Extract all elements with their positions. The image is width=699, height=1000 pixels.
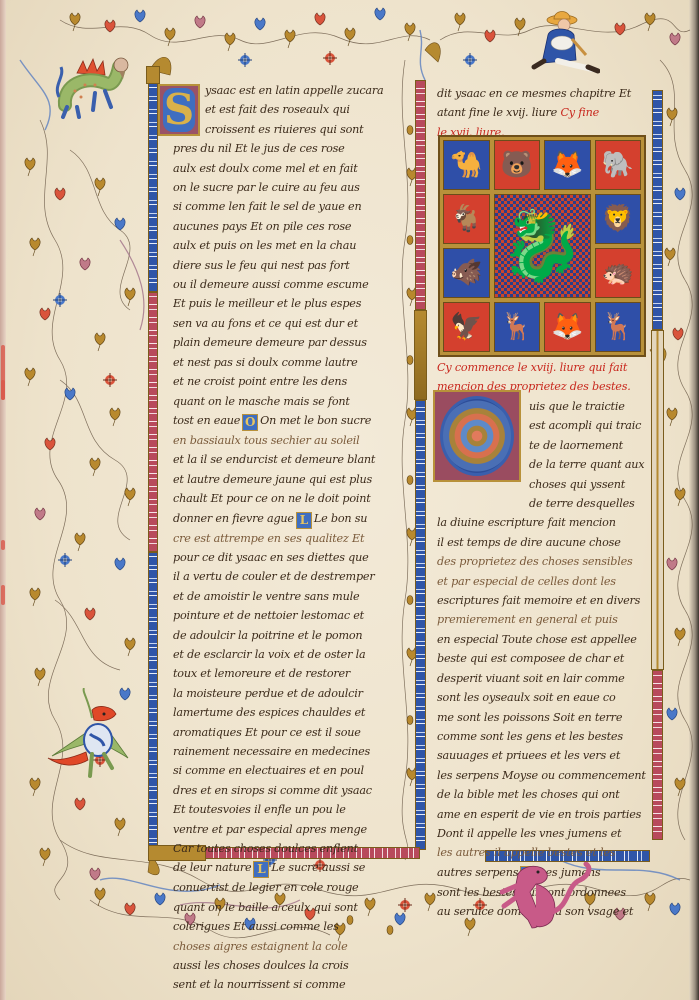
- text-column-left: ysaac est en latin appelle zucara et est…: [173, 81, 397, 995]
- frame-bar-left-rose: [148, 292, 158, 552]
- frame-bar-gutter-blue: [415, 400, 426, 850]
- bagpiper-shepherd-drollery: [530, 5, 600, 75]
- winged-dragon-drollery: [42, 688, 132, 783]
- miniature-cell-bear: 🐻: [494, 140, 541, 190]
- frame-bar-right-blue: [652, 90, 663, 330]
- miniature-cell-boar: 🐗: [443, 248, 490, 298]
- crown-icon: ♛: [525, 209, 539, 228]
- pink-beast-drollery: [500, 862, 595, 932]
- green-dragon-drollery: [55, 55, 140, 120]
- frame-gutter-gold: [414, 310, 427, 400]
- frame-bar-left-blue: [148, 82, 158, 292]
- frame-corner-top-left: [146, 66, 160, 84]
- bestiary-miniature: 🐪 🐻 🦊 🐘 🐐 ♛ 🐉 🦁 🐗 🦔 🦅 🦌 🦊 🦌: [438, 135, 646, 357]
- frame-bar-right-rose: [652, 670, 663, 840]
- miniature-cell-goat: 🐐: [443, 194, 490, 244]
- miniature-cell-lion: 🦁: [595, 194, 642, 244]
- miniature-center-crowned-beast: ♛ 🐉: [494, 194, 591, 298]
- frame-bar-gutter-rose: [415, 80, 426, 310]
- miniature-cell-camel: 🐪: [443, 140, 490, 190]
- miniature-cell-fox: 🦊: [544, 140, 591, 190]
- miniature-cell-griffin: 🦅: [443, 302, 490, 352]
- text-column-right-body: uis que le traictie est acompli qui trai…: [437, 397, 652, 922]
- miniature-cell-porcupine: 🦔: [595, 248, 642, 298]
- miniature-cell-fox-2: 🦊: [544, 302, 591, 352]
- miniature-cell-doe: 🦌: [494, 302, 541, 352]
- frame-right-gold: [651, 330, 664, 670]
- frame-bar-left-blue-lower: [148, 552, 158, 852]
- inline-initial: L: [296, 512, 312, 529]
- miniature-cell-elephant: 🐘: [595, 140, 642, 190]
- text-column-right: dit ysaac en ce mesmes chapitre Et atant…: [437, 84, 652, 142]
- miniature-cell-stag: 🦌: [595, 302, 642, 352]
- inline-initial: O: [242, 414, 258, 431]
- inline-initial: L: [253, 861, 269, 878]
- rubric-explicit: Cy fine: [560, 106, 599, 119]
- manuscript-page: S ysaac est en latin appelle zucara et e…: [0, 0, 699, 1000]
